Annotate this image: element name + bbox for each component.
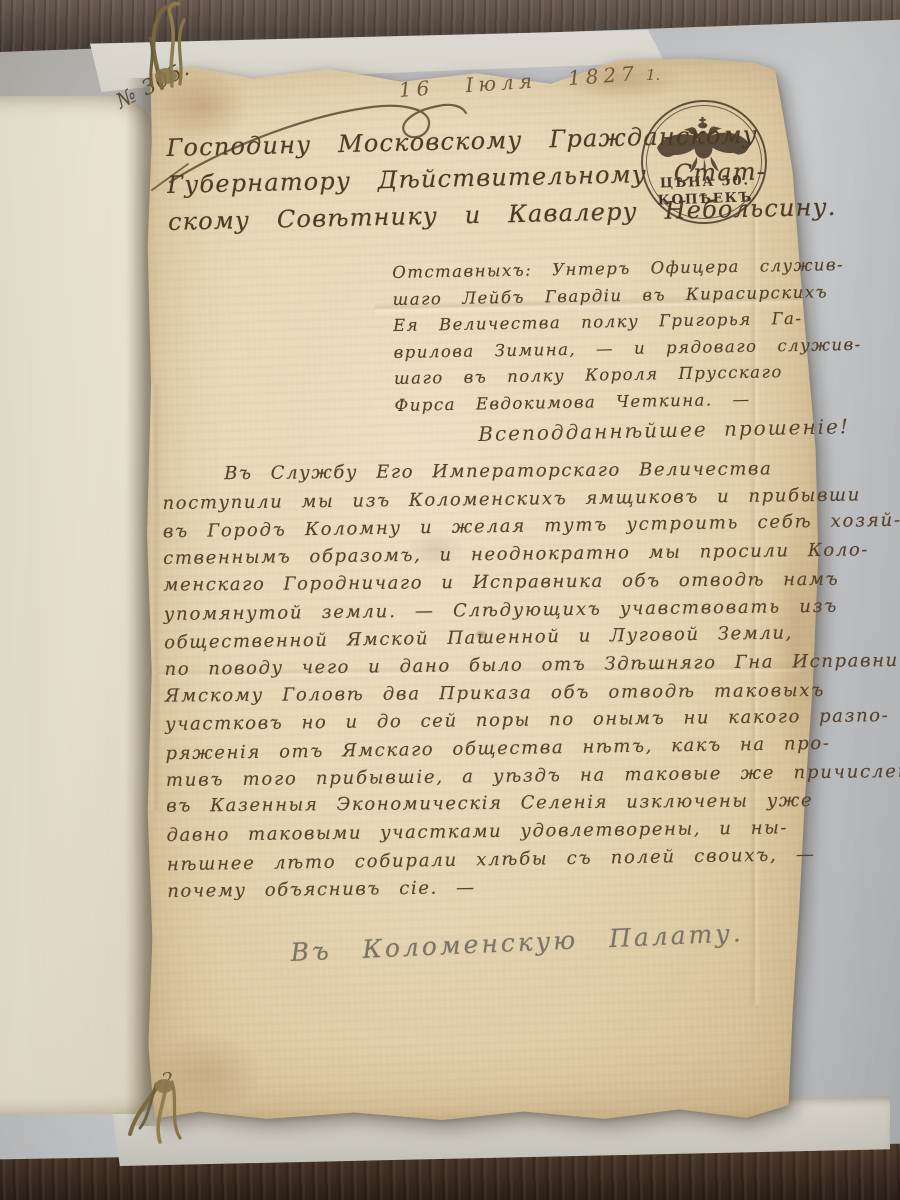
photo-scene: № 305. 16 Іюля 1827 1. ЦѢНА	[0, 0, 900, 1200]
petition-body: Въ Службу Его Императорскаго Величества …	[162, 453, 900, 906]
petitioners-block: Отставныхъ: Унтеръ Офицера служив- шаго …	[392, 252, 863, 419]
binding-thread-tassel	[120, 1078, 200, 1152]
paper-crease	[151, 384, 161, 810]
binding-thread-top	[128, 0, 202, 92]
address-block: Господину Московскому Гражданскому Губер…	[166, 115, 837, 241]
body-line: Ямскому Головѣ два Приказа объ отводѣ та…	[165, 676, 900, 710]
folio-number-recto: 1.	[646, 66, 660, 84]
